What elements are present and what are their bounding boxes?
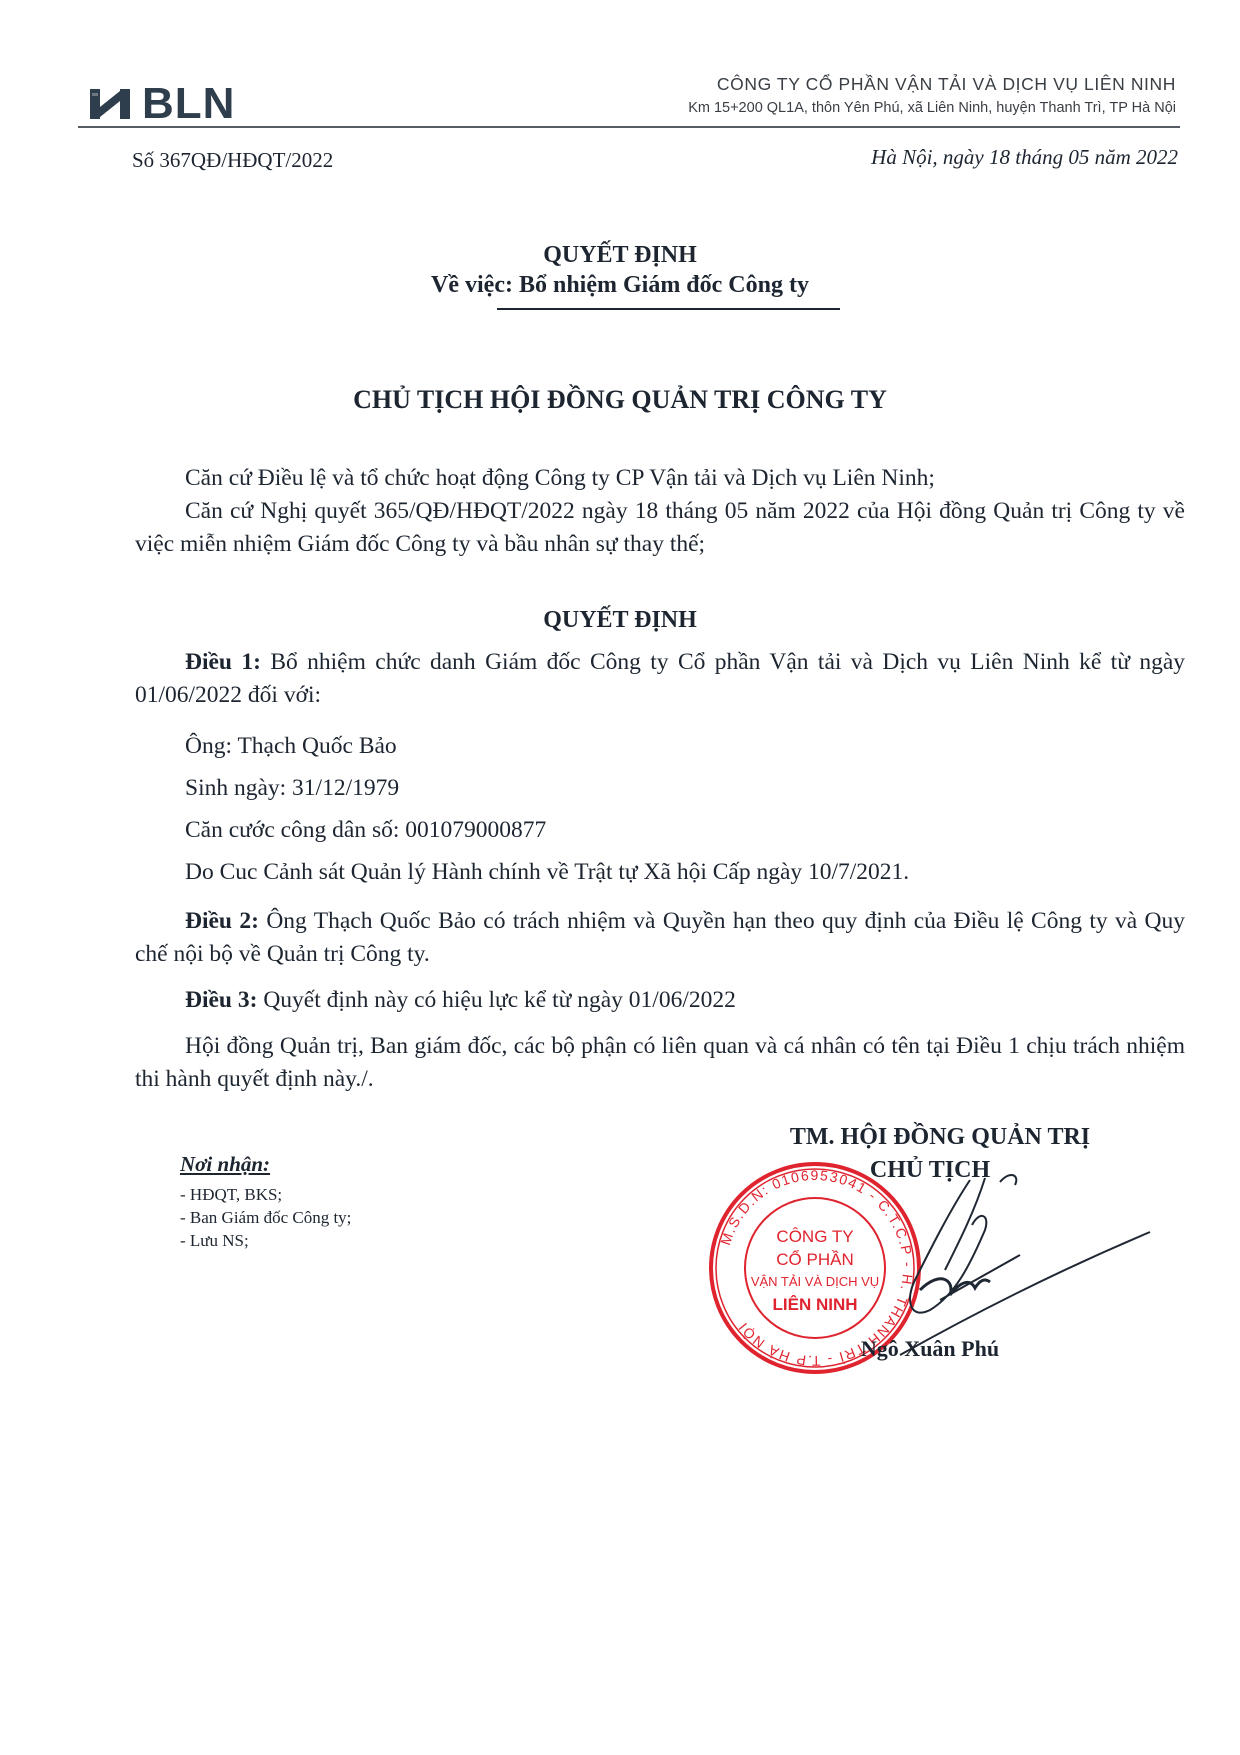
legal-bases: Căn cứ Điều lệ và tổ chức hoạt động Công…: [135, 462, 1185, 561]
svg-text:CỔ PHẦN: CỔ PHẦN: [776, 1250, 853, 1269]
recipient-item: - HĐQT, BKS;: [180, 1183, 351, 1206]
logo-mark-icon: [90, 87, 132, 121]
recipients-block: Nơi nhận: - HĐQT, BKS; - Ban Giám đốc Cô…: [180, 1152, 351, 1252]
recipient-item: - Ban Giám đốc Công ty;: [180, 1206, 351, 1229]
title-underline: [497, 308, 840, 310]
svg-text:CÔNG TY: CÔNG TY: [776, 1227, 853, 1246]
document-subject: Về việc: Bổ nhiệm Giám đốc Công ty: [0, 272, 1240, 299]
signature-on-behalf: TM. HỘI ĐỒNG QUẢN TRỊ: [740, 1124, 1140, 1151]
issuing-authority: CHỦ TỊCH HỘI ĐỒNG QUẢN TRỊ CÔNG TY: [0, 385, 1240, 415]
header-divider: [78, 126, 1180, 128]
company-name: CÔNG TY CỔ PHẦN VẬN TẢI VÀ DỊCH VỤ LIÊN …: [717, 74, 1176, 95]
svg-text:LIÊN NINH: LIÊN NINH: [773, 1295, 858, 1314]
appointee-id: Căn cước công dân số: 001079000877: [135, 809, 1185, 851]
article-1-label: Điều 1:: [185, 649, 261, 675]
company-logo: BLN: [90, 84, 235, 124]
article-2-label: Điều 2:: [185, 908, 259, 934]
basis-2: Căn cứ Nghị quyết 365/QĐ/HĐQT/2022 ngày …: [135, 495, 1185, 561]
article-2-text: Ông Thạch Quốc Bảo có trách nhiệm và Quy…: [135, 908, 1185, 967]
appointee-details: Ông: Thạch Quốc Bảo Sinh ngày: 31/12/197…: [135, 725, 1185, 893]
recipient-item: - Lưu NS;: [180, 1229, 351, 1252]
decision-heading: QUYẾT ĐỊNH: [0, 607, 1240, 634]
article-3-text: Quyết định này có hiệu lực kể từ ngày 01…: [257, 987, 735, 1013]
basis-1: Căn cứ Điều lệ và tổ chức hoạt động Công…: [135, 462, 1185, 495]
document-date: Hà Nội, ngày 18 tháng 05 năm 2022: [871, 145, 1178, 170]
company-address: Km 15+200 QL1A, thôn Yên Phú, xã Liên Ni…: [688, 100, 1176, 116]
logo-text: BLN: [142, 82, 235, 126]
document-number: Số 367QĐ/HĐQT/2022: [132, 148, 333, 173]
document-title: QUYẾT ĐỊNH: [0, 242, 1240, 269]
appointee-dob: Sinh ngày: 31/12/1979: [135, 767, 1185, 809]
recipients-title: Nơi nhận:: [180, 1152, 351, 1177]
appointee-id-issuer: Do Cuc Cảnh sát Quản lý Hành chính về Tr…: [135, 851, 1185, 893]
article-1-text: Bổ nhiệm chức danh Giám đốc Công ty Cổ p…: [135, 649, 1185, 708]
closing-clause: Hội đồng Quản trị, Ban giám đốc, các bộ …: [135, 1030, 1185, 1096]
appointee-name: Ông: Thạch Quốc Bảo: [135, 725, 1185, 767]
article-3-label: Điều 3:: [185, 987, 257, 1013]
article-2: Điều 2: Ông Thạch Quốc Bảo có trách nhiệ…: [135, 905, 1185, 971]
signer-name: Ngô Xuân Phú: [800, 1336, 1060, 1362]
article-1: Điều 1: Bổ nhiệm chức danh Giám đốc Công…: [135, 646, 1185, 712]
article-3: Điều 3: Quyết định này có hiệu lực kể từ…: [135, 984, 1185, 1017]
